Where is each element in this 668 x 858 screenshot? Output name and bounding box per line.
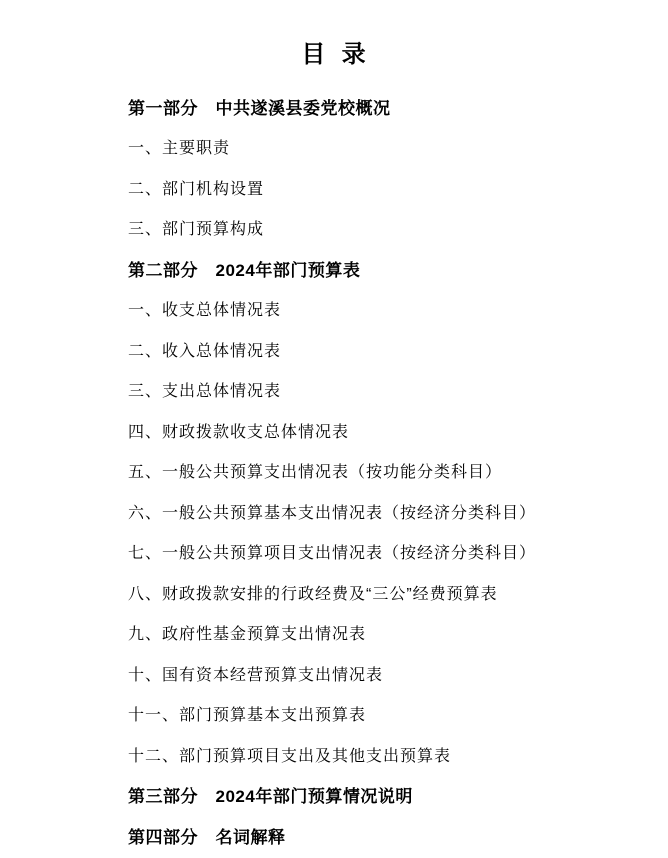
document-page: 目 录 第一部分 中共遂溪县委党校概况 一、主要职责 二、部门机构设置 三、部门… bbox=[0, 0, 668, 858]
toc-section-heading: 第三部分 2024年部门预算情况说明 bbox=[128, 775, 628, 816]
toc-item: 七、一般公共预算项目支出情况表（按经济分类科目） bbox=[128, 532, 628, 573]
table-of-contents: 第一部分 中共遂溪县委党校概况 一、主要职责 二、部门机构设置 三、部门预算构成… bbox=[0, 86, 668, 856]
toc-item: 十一、部门预算基本支出预算表 bbox=[128, 694, 628, 735]
toc-item: 五、一般公共预算支出情况表（按功能分类科目） bbox=[128, 451, 628, 492]
toc-item: 二、部门机构设置 bbox=[128, 167, 628, 208]
toc-item: 三、部门预算构成 bbox=[128, 208, 628, 249]
toc-section-heading: 第二部分 2024年部门预算表 bbox=[128, 248, 628, 289]
toc-section-heading: 第四部分 名词解释 bbox=[128, 815, 628, 856]
toc-item: 一、收支总体情况表 bbox=[128, 289, 628, 330]
toc-item: 四、财政拨款收支总体情况表 bbox=[128, 410, 628, 451]
toc-item: 十、国有资本经营预算支出情况表 bbox=[128, 653, 628, 694]
toc-item: 一、主要职责 bbox=[128, 127, 628, 168]
toc-item: 十二、部门预算项目支出及其他支出预算表 bbox=[128, 734, 628, 775]
toc-item: 二、收入总体情况表 bbox=[128, 329, 628, 370]
page-title: 目 录 bbox=[0, 0, 668, 70]
toc-item: 三、支出总体情况表 bbox=[128, 370, 628, 411]
toc-item: 九、政府性基金预算支出情况表 bbox=[128, 613, 628, 654]
toc-section-heading: 第一部分 中共遂溪县委党校概况 bbox=[128, 86, 628, 127]
toc-item: 八、财政拨款安排的行政经费及“三公”经费预算表 bbox=[128, 572, 628, 613]
toc-item: 六、一般公共预算基本支出情况表（按经济分类科目） bbox=[128, 491, 628, 532]
